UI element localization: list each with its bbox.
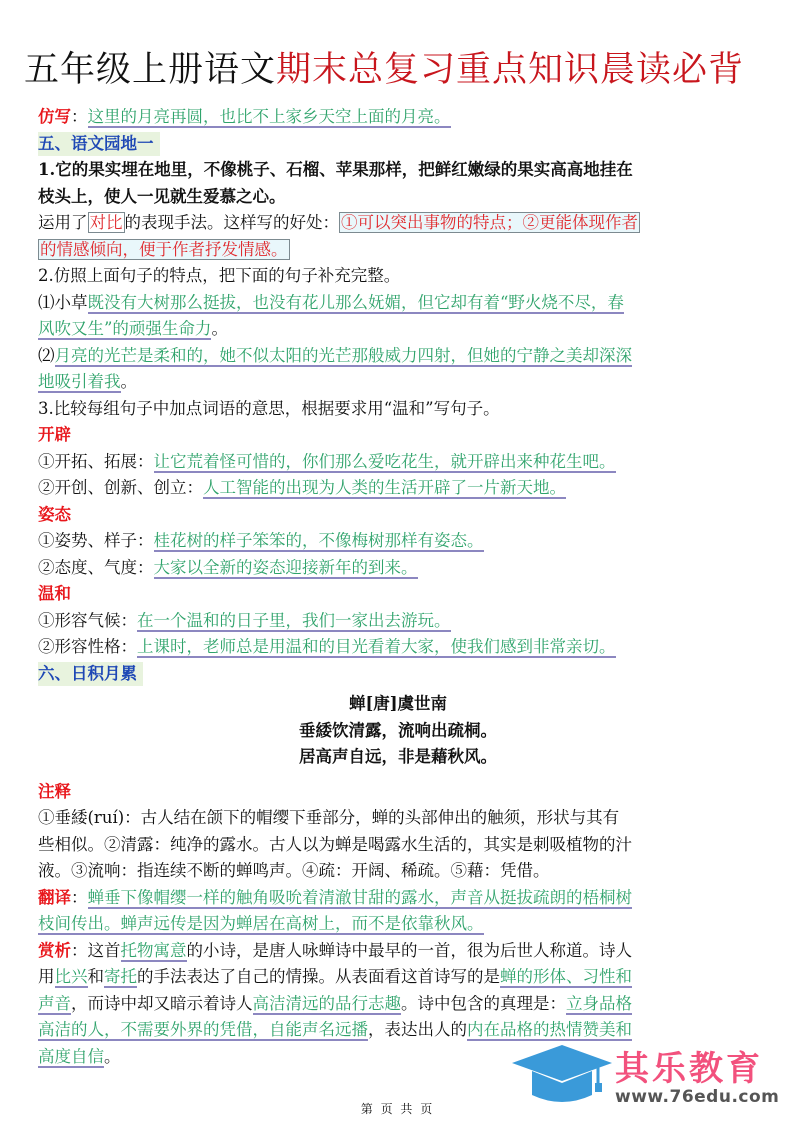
- word-usage-line: ①开拓、拓展：让它荒着怪可惜的，你们那么爱吃花生，就开辟出来种花生吧。: [38, 449, 758, 476]
- translation-line-1: 翻译：蝉垂下像帽缨一样的触角吸吮着清澈甘甜的露水，声音从挺拔疏朗的梧桐树: [38, 885, 758, 912]
- appreciation-text: 这首: [88, 941, 121, 960]
- q1-line-2: 枝头上，使人一见就生爱慕之心。: [38, 184, 758, 211]
- appreciation-keyword: 托物寓意: [121, 941, 187, 962]
- benefit-answer-part-1: ①可以突出事物的特点；②更能体现作者: [339, 212, 640, 233]
- brand-name: 其乐教育: [615, 1041, 763, 1090]
- page-footer: 第 页 共 页: [0, 1100, 793, 1117]
- q2-item-1-line-1: ⑴小草既没有大树那么挺拔，也没有花儿那么妩媚，但它却有着“野火烧不尽，春: [38, 290, 758, 317]
- imitation-label: 仿写: [38, 107, 71, 126]
- title-red-part: 期末总复习重点知识晨读必背: [276, 50, 744, 90]
- q1-analysis-line-1: 运用了对比的表现手法。这样写的好处：①可以突出事物的特点；②更能体现作者: [38, 210, 758, 237]
- example-sentence: 让它荒着怪可惜的，你们那么爱吃花生，就开辟出来种花生吧。: [154, 452, 616, 473]
- word-meaning: ②开创、创新、创立：: [38, 478, 203, 497]
- appreciation-keyword: 高洁的人，不需要外界的凭借，自能声名远播: [38, 1020, 368, 1041]
- translation-line-2: 枝间传出。蝉声远传是因为蝉居在高树上，而不是依靠秋风。: [38, 911, 758, 938]
- appreciation-line-3: 声音，而诗中却又暗示着诗人高洁清远的品行志趣。诗中包含的真理是：立身品格: [38, 991, 758, 1018]
- appreciation-line-1: 赏析：这首托物寓意的小诗，是唐人咏蝉诗中最早的一首，很为后世人称道。诗人: [38, 938, 758, 965]
- imitation-answer: 这里的月亮再圆，也比不上家乡天空上面的月亮。: [88, 107, 451, 128]
- example-sentence: 大家以全新的姿态迎接新年的到来。: [154, 558, 418, 579]
- word-meaning: ①姿势、样子：: [38, 531, 154, 550]
- q2-item-2-answer-2: 地吸引着我: [38, 372, 121, 393]
- notes-line-3: 液。③流响：指连续不断的蝉鸣声。④疏：开阔、稀疏。⑤藉：凭借。: [38, 858, 758, 885]
- q1-line-1: 1.它的果实埋在地里，不像桃子、石榴、苹果那样，把鲜红嫩绿的果实高高地挂在: [38, 157, 758, 184]
- section-6-heading: 六、日积月累: [38, 662, 143, 686]
- appreciation-keyword: 立身品格: [566, 994, 632, 1015]
- appreciation-text: 的小诗，是唐人咏蝉诗中最早的一首，很为后世人称道。诗人: [187, 941, 633, 960]
- appreciation-text: 用: [38, 967, 55, 986]
- word-usage-line: ②态度、气度：大家以全新的姿态迎接新年的到来。: [38, 555, 758, 582]
- q2-item-1-answer-2: 风吹又生”的顽强生命力: [38, 319, 211, 340]
- benefit-answer-part-2: 的情感倾向，便于作者抒发情感。: [38, 239, 290, 260]
- appreciation-keyword: 声音: [38, 994, 71, 1015]
- word-meaning: ①开拓、拓展：: [38, 452, 154, 471]
- appreciation-label: 赏析: [38, 941, 71, 960]
- appreciation-keyword: 内在品格的热情赞美和: [467, 1020, 632, 1041]
- q3-prompt: 3.比较每组句子中加点词语的意思，根据要求用“温和”写句子。: [38, 396, 758, 423]
- appreciation-line-4: 高洁的人，不需要外界的凭借，自能声名远播，表达出人的内在品格的热情赞美和: [38, 1017, 758, 1044]
- word-usage-line: ②形容性格：上课时，老师总是用温和的目光看着大家，使我们感到非常亲切。: [38, 634, 758, 661]
- translation-text-2: 枝间传出。蝉声远传是因为蝉居在高树上，而不是依靠秋风。: [38, 914, 484, 935]
- example-sentence: 在一个温和的日子里，我们一家出去游玩。: [137, 611, 451, 632]
- word-meaning: ①形容气候：: [38, 611, 137, 630]
- q2-item-2-answer-1: 月亮的光芒是柔和的，她不似太阳的光芒那般威力四射，但她的宁静之美却深深: [55, 346, 633, 367]
- appreciation-keyword: 寄托: [104, 967, 137, 988]
- appreciation-text: ，而诗中却又暗示着诗人: [71, 994, 253, 1013]
- imitation-line: 仿写：这里的月亮再圆，也比不上家乡天空上面的月亮。: [38, 104, 758, 131]
- word-usage-line: ②开创、创新、创立：人工智能的出现为人类的生活开辟了一片新天地。: [38, 475, 758, 502]
- q2-item-2-prefix: ⑵: [38, 346, 55, 365]
- example-sentence: 人工智能的出现为人类的生活开辟了一片新天地。: [203, 478, 566, 499]
- appreciation-text: 的手法表达了自己的情操。从表面看这首诗写的是: [137, 967, 500, 986]
- section-5-heading: 五、语文园地一: [38, 132, 160, 156]
- notes-label: 注释: [38, 779, 758, 806]
- q2-item-2-line-1: ⑵月亮的光芒是柔和的，她不似太阳的光芒那般威力四射，但她的宁静之美却深深: [38, 343, 758, 370]
- appreciation-line-2: 用比兴和寄托的手法表达了自己的情操。从表面看这首诗写的是蝉的形体、习性和: [38, 964, 758, 991]
- word-group-heading: 姿态: [38, 502, 758, 529]
- imitation-sep: ：: [71, 107, 88, 126]
- word-group-heading: 温和: [38, 581, 758, 608]
- translation-sep: ：: [71, 888, 88, 907]
- q1-analysis-line-2: 的情感倾向，便于作者抒发情感。: [38, 237, 758, 264]
- poem-line-1: 垂緌饮清露，流响出疏桐。: [38, 718, 758, 745]
- q2-item-2-line-2: 地吸引着我。: [38, 369, 758, 396]
- poem-line-2: 居高声自远，非是藉秋风。: [38, 744, 758, 771]
- technique-highlight: 对比: [88, 212, 125, 233]
- page-title: 五年级上册语文期末总复习重点知识晨读必背: [24, 50, 784, 90]
- appreciation-text: 和: [88, 967, 105, 986]
- example-sentence: 上课时，老师总是用温和的目光看着大家，使我们感到非常亲切。: [137, 637, 616, 658]
- appreciation-text: 。诗中包含的真理是：: [401, 994, 566, 1013]
- example-sentence: 桂花树的样子笨笨的，不像梅树那样有姿态。: [154, 531, 484, 552]
- main-content: 仿写：这里的月亮再圆，也比不上家乡天空上面的月亮。 五、语文园地一 1.它的果实…: [38, 104, 758, 1070]
- section-6-heading-row: 六、日积月累: [38, 661, 758, 688]
- document-page: 五年级上册语文期末总复习重点知识晨读必背 仿写：这里的月亮再圆，也比不上家乡天空…: [0, 0, 793, 1122]
- appreciation-sep: ：: [71, 941, 88, 960]
- appreciation-keyword: 蝉的形体、习性和: [500, 967, 632, 988]
- appreciation-text: 。: [104, 1047, 121, 1066]
- appreciation-keyword: 高洁清远的品行志趣: [253, 994, 402, 1015]
- word-group-heading: 开辟: [38, 422, 758, 449]
- notes-line-1: ①垂緌(ruí)：古人结在颌下的帽缨下垂部分，蝉的头部伸出的触须，形状与其有: [38, 805, 758, 832]
- notes-line-2: 些相似。②清露：纯净的露水。古人以为蝉是喝露水生活的，其实是刺吸植物的汁: [38, 832, 758, 859]
- q2-item-1-prefix: ⑴小草: [38, 293, 88, 312]
- spacer: [38, 771, 758, 779]
- word-meaning: ②态度、气度：: [38, 558, 154, 577]
- poem-title: 蝉[唐]虞世南: [38, 691, 758, 718]
- q1-middle: 的表现手法。这样写的好处：: [125, 213, 340, 232]
- q2-item-1-end: 。: [211, 319, 228, 338]
- title-black-part: 五年级上册语文: [24, 50, 276, 90]
- word-usage-line: ①姿势、样子：桂花树的样子笨笨的，不像梅树那样有姿态。: [38, 528, 758, 555]
- appreciation-text: ，表达出人的: [368, 1020, 467, 1039]
- q1-prefix: 运用了: [38, 213, 88, 232]
- appreciation-keyword: 比兴: [55, 967, 88, 988]
- word-usage-line: ①形容气候：在一个温和的日子里，我们一家出去游玩。: [38, 608, 758, 635]
- section-5-heading-row: 五、语文园地一: [38, 131, 758, 158]
- translation-text-1: 蝉垂下像帽缨一样的触角吸吮着清澈甘甜的露水，声音从挺拔疏朗的梧桐树: [88, 888, 633, 909]
- translation-label: 翻译: [38, 888, 71, 907]
- word-meaning: ②形容性格：: [38, 637, 137, 656]
- appreciation-keyword: 高度自信: [38, 1047, 104, 1068]
- q2-item-2-end: 。: [121, 372, 138, 391]
- q2-prompt: 2.仿照上面句子的特点，把下面的句子补充完整。: [38, 263, 758, 290]
- q2-item-1-line-2: 风吹又生”的顽强生命力。: [38, 316, 758, 343]
- q2-item-1-answer-1: 既没有大树那么挺拔，也没有花儿那么妩媚，但它却有着“野火烧不尽，春: [88, 293, 624, 314]
